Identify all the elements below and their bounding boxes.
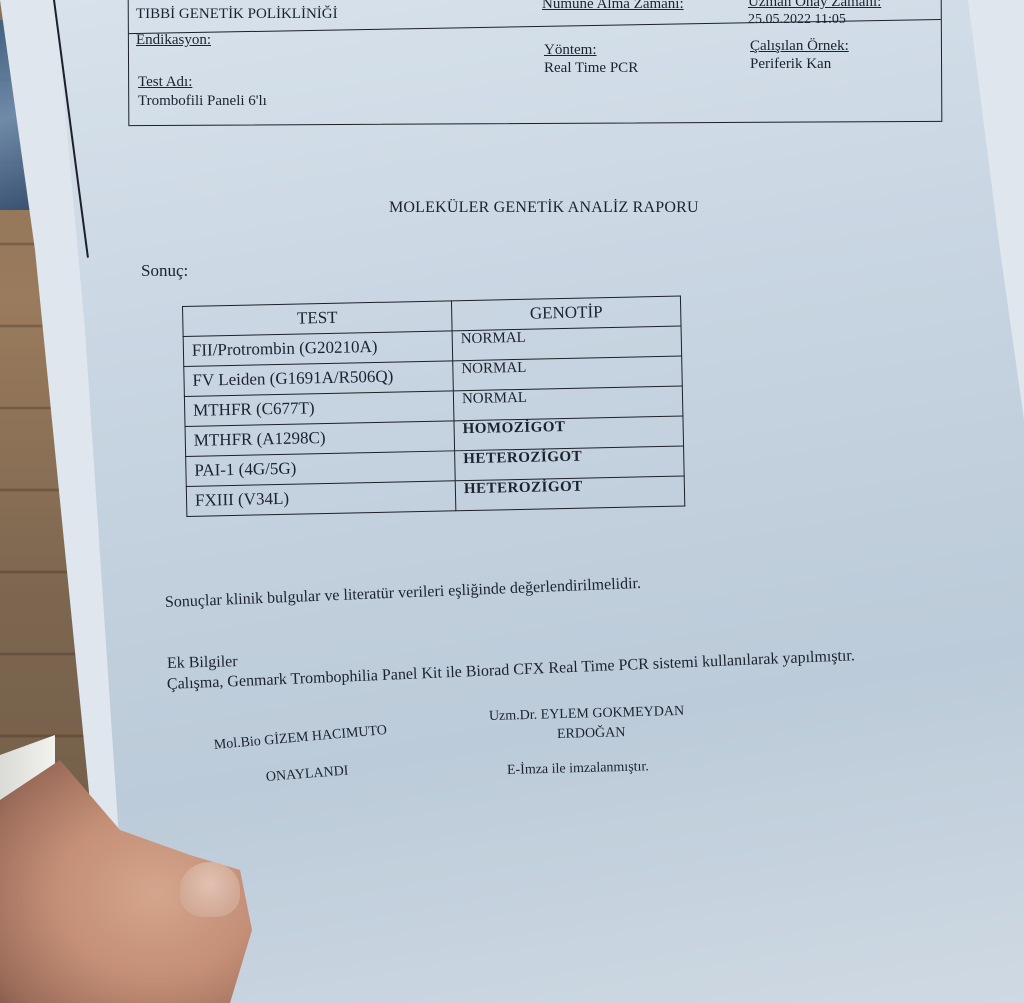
genotype-cell: NORMAL xyxy=(453,386,683,421)
column-header-genotype: GENOTİP xyxy=(451,296,681,331)
approval-time-value: 25.05.2022 11:05 xyxy=(748,12,846,28)
results-table: TEST GENOTİP FII/Protrombin (G20210A)NOR… xyxy=(182,296,685,517)
result-label: Sonuç: xyxy=(141,261,188,281)
method-label: Yöntem: xyxy=(544,42,597,59)
test-name-value: Trombofili Paneli 6'lı xyxy=(138,93,267,110)
sample-type-value: Periferik Kan xyxy=(750,56,831,73)
report-title: MOLEKÜLER GENETİK ANALİZ RAPORU xyxy=(389,199,699,217)
approval-time-label: Uzman Onay Zamanı: xyxy=(748,0,881,11)
additional-info-label: Ek Bilgiler xyxy=(167,653,238,673)
genotype-cell: HOMOZİGOT xyxy=(454,416,684,451)
test-name-cell: FXIII (V34L) xyxy=(186,481,456,517)
thumbnail xyxy=(180,862,240,917)
genotype-cell: NORMAL xyxy=(452,326,682,361)
sample-time-label: Numune Alma Zamanı: xyxy=(542,0,684,13)
doctor-signature-surname: ERDOĞAN xyxy=(557,725,626,743)
clinic-name: TIBBİ GENETİK POLİKLİNİĞİ xyxy=(136,6,338,23)
test-name-label: Test Adı: xyxy=(138,74,192,91)
genotype-cell: HETEROZİGOT xyxy=(455,446,685,481)
indication-label: Endikasyon: xyxy=(136,32,211,49)
genotype-cell: NORMAL xyxy=(453,356,683,391)
genotype-cell: HETEROZİGOT xyxy=(455,476,685,511)
sample-type-label: Çalışılan Örnek: xyxy=(750,38,849,55)
method-value: Real Time PCR xyxy=(544,60,638,77)
